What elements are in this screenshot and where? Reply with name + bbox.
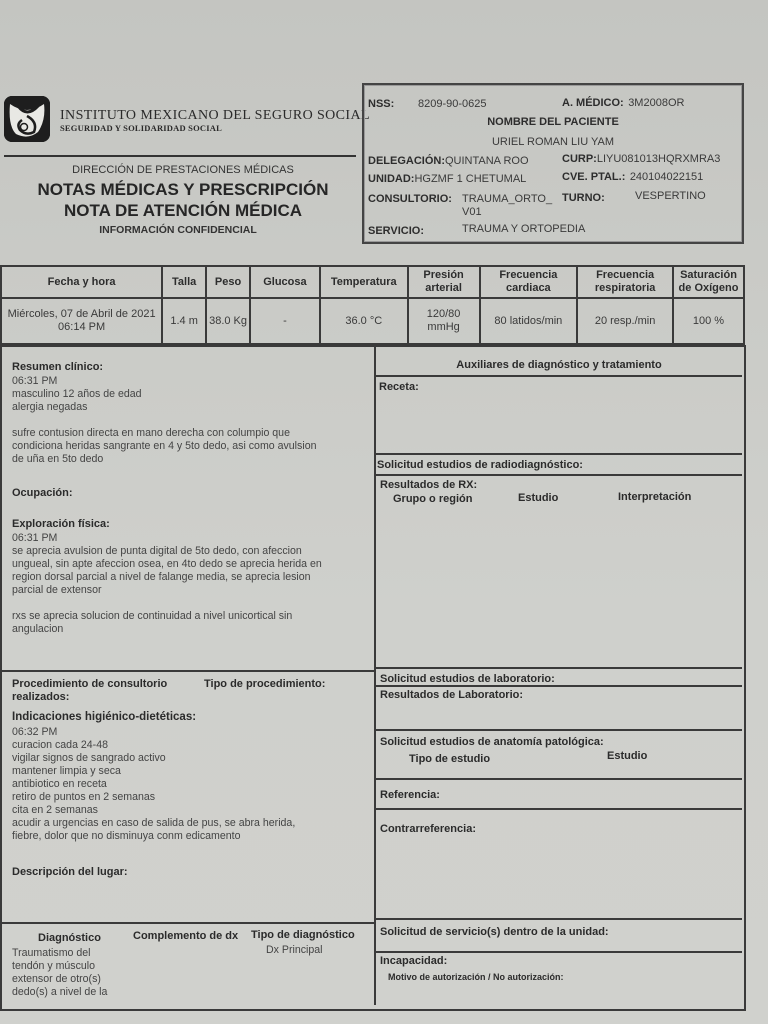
cell-fecha: Miércoles, 07 de Abril de 2021 06:14 PM [1,298,162,344]
patient-info-box: NSS: 8209-90-0625 A. MÉDICO: 3M2008OR NO… [362,83,744,244]
resumen-text: 06:31 PM masculino 12 años de edad alerg… [12,375,316,466]
cell-frec-resp: 20 resp./min [577,298,673,344]
direccion: DIRECCIÓN DE PRESTACIONES MÉDICAS [0,164,366,176]
cell-talla: 1.4 m [162,298,206,344]
curp-label: CURP: [562,153,597,165]
servicio-label: SERVICIO: [368,225,424,237]
presion-unit: mmHg [411,321,477,334]
radiodiag-label: Solicitud estudios de radiodiagnóstico: [377,459,583,471]
divider-rx [376,474,742,476]
col-presion: Presión arterial [408,266,480,298]
col-peso: Peso [206,266,250,298]
column-divider [374,347,376,1005]
diagnostico-label: Diagnóstico [38,932,101,944]
procedimiento-label: Procedimiento de consultorio realizados: [12,678,167,704]
divider-radiodiag [376,453,742,455]
ocupacion-label: Ocupación: [12,487,73,499]
divider-incapacidad [376,951,742,953]
col-frec-resp: Frecuencia respiratoria [577,266,673,298]
vitals-header-row: Fecha y hora Talla Peso Glucosa Temperat… [1,266,744,298]
institution-name: INSTITUTO MEXICANO DEL SEGURO SOCIAL [60,108,370,124]
document-title: NOTAS MÉDICAS Y PRESCRIPCIÓN [0,180,366,200]
medico-value: 3M2008OR [628,97,684,109]
col-saturacion: Saturación de Oxígeno [673,266,744,298]
rx-col-grupo: Grupo o región [393,493,472,505]
nss-label: NSS: [368,98,394,110]
fecha-date: Miércoles, 07 de Abril de 2021 [4,308,159,321]
tipo-dx-label: Tipo de diagnóstico [251,929,355,941]
anatomia-label: Solicitud estudios de anatomía patológic… [380,736,604,748]
vitals-table: Fecha y hora Talla Peso Glucosa Temperat… [0,265,745,345]
table-row: Miércoles, 07 de Abril de 2021 06:14 PM … [1,298,744,344]
institution-subtitle: SEGURIDAD Y SOLIDARIDAD SOCIAL [60,123,222,133]
motivo-label: Motivo de autorización / No autorización… [388,972,564,982]
divider-receta [376,375,742,377]
divider-lab-results [376,685,742,687]
divider-procedimiento [2,670,374,672]
medico-label: A. MÉDICO: [562,97,624,109]
patient-name-label: NOMBRE DEL PACIENTE [487,116,619,128]
col-frec-cardiaca: Frecuencia cardiaca [480,266,578,298]
cve-value: 240104022151 [630,171,703,183]
rx-col-interpretacion: Interpretación [618,491,691,503]
lab-results-label: Resultados de Laboratorio: [380,689,523,701]
divider-referencia [376,778,742,780]
header-divider [4,155,356,157]
patient-name: URIEL ROMAN LIU YAM [492,136,614,148]
indicaciones-label: Indicaciones higiénico-dietéticas: [12,711,196,723]
delegacion-value: QUINTANA ROO [445,155,529,167]
col-talla: Talla [162,266,206,298]
descripcion-label: Descripción del lugar: [12,866,128,878]
lab-label: Solicitud estudios de laboratorio: [380,673,555,685]
cell-saturacion: 100 % [673,298,744,344]
nss-value: 8209-90-0625 [418,98,487,110]
divider-contrarref [376,808,742,810]
auxiliares-label: Auxiliares de diagnóstico y tratamiento [376,359,742,371]
servicio-value: TRAUMA Y ORTOPEDIA [462,223,585,235]
turno-label: TURNO: [562,192,605,204]
receta-label: Receta: [379,381,419,393]
delegacion-label: DELEGACIÓN: [368,155,445,167]
cve-label: CVE. PTAL.: [562,171,625,183]
servicio-unidad-label: Solicitud de servicio(s) dentro de la un… [380,926,609,938]
exploracion-text: 06:31 PM se aprecia avulsion de punta di… [12,532,322,636]
confidential-label: INFORMACIÓN CONFIDENCIAL [0,224,356,236]
cell-temperatura: 36.0 °C [320,298,408,344]
anatomia-col-tipo: Tipo de estudio [409,753,490,765]
document-subtitle: NOTA DE ATENCIÓN MÉDICA [0,201,366,221]
col-glucosa: Glucosa [250,266,320,298]
unidad-label: UNIDAD: [368,173,414,185]
tipo-procedimiento-label: Tipo de procedimiento: [204,678,325,690]
consultorio-value-2: V01 [462,206,482,218]
curp-value: LIYU081013HQRXMRA3 [597,153,721,165]
rx-col-estudio: Estudio [518,492,558,504]
indicaciones-text: 06:32 PM curacion cada 24-48 vigilar sig… [12,726,295,843]
divider-diagnostico [2,922,374,924]
diagnostico-text: Traumatismo del tendón y músculo extenso… [12,947,107,999]
divider-servicio-unidad [376,918,742,920]
cell-peso: 38.0 Kg [206,298,250,344]
resumen-label: Resumen clínico: [12,361,103,373]
cell-frec-cardiaca: 80 latidos/min [480,298,578,344]
rx-label: Resultados de RX: [380,479,477,491]
turno-value: VESPERTINO [635,190,706,202]
contrarref-label: Contrarreferencia: [380,823,476,835]
exploracion-label: Exploración física: [12,518,110,530]
cell-presion: 120/80 mmHg [408,298,480,344]
fecha-time: 06:14 PM [4,321,159,334]
divider-anatomia [376,729,742,731]
divider-lab [376,667,742,669]
incapacidad-label: Incapacidad: [380,955,447,967]
tipo-dx-value: Dx Principal [266,944,323,957]
cell-glucosa: - [250,298,320,344]
presion-value: 120/80 [411,308,477,321]
complemento-label: Complemento de dx [133,930,238,942]
consultorio-label: CONSULTORIO: [368,193,452,205]
col-fecha: Fecha y hora [1,266,162,298]
anatomia-col-estudio: Estudio [607,750,647,762]
unidad-value: HGZMF 1 CHETUMAL [414,173,526,185]
col-temperatura: Temperatura [320,266,408,298]
referencia-label: Referencia: [380,789,440,801]
imss-logo-icon [4,96,50,142]
